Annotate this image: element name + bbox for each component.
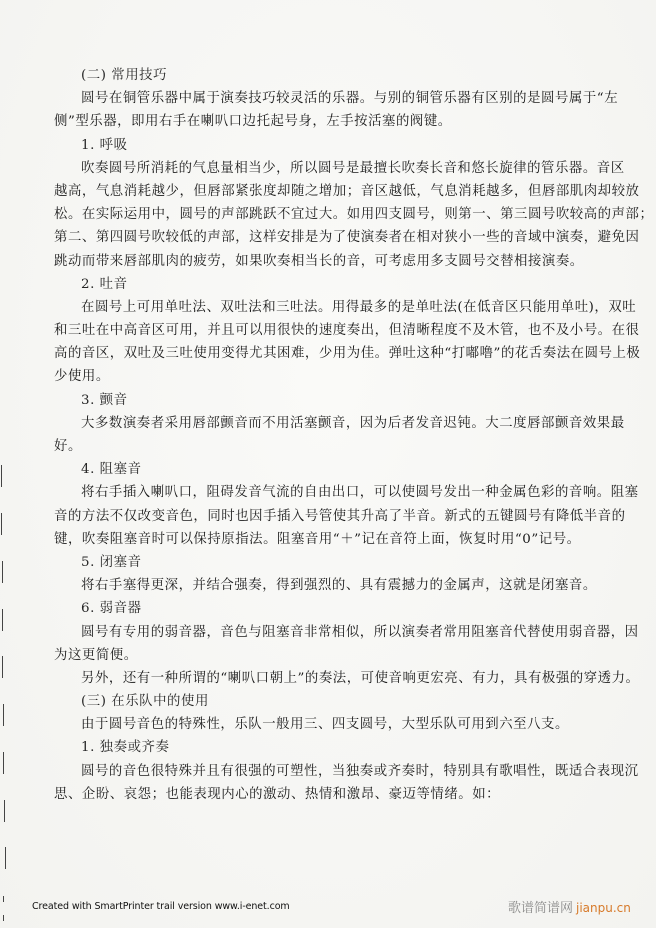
watermark-chinese: 歌谱简谱网 (508, 901, 573, 916)
section-heading: (三) 在乐队中的使用 (54, 690, 610, 713)
text-line: 高的音区，双吐及三吐使用变得尤其困难，少用为佳。弹吐这种“打嘟噜”的花舌奏法在圆… (54, 342, 610, 365)
text-line: 跳动而带来唇部肌肉的疲劳，如果吹奏相当长的音，可考虑用多支圆号交替相接演奏。 (54, 250, 610, 273)
text-line: 音的方法不仅改变音色，同时也因手插入号管使其升高了半音。新式的五键圆号有降低半音… (54, 505, 610, 528)
site-watermark: 歌谱简谱网jianpu.cn (508, 897, 631, 916)
text-line: 另外，还有一种所谓的“喇叭口朝上”的奏法，可使音响更宏亮、有力，具有极强的穿透力… (54, 667, 610, 690)
section-heading: 2. 吐音 (54, 273, 610, 296)
text-line: 吹奏圆号所消耗的气息量相当少，所以圆号是最擅长吹奏长音和悠长旋律的管乐器。音区 (54, 157, 610, 180)
text-line: 圆号在铜管乐器中属于演奏技巧较灵活的乐器。与别的铜管乐器有区别的是圆号属于“左 (54, 87, 610, 110)
text-line: 思、企盼、哀怨；也能表现内心的激动、热情和激昂、豪迈等情绪。如： (54, 783, 610, 806)
text-line: 和三吐在中高音区可用，并且可以用很快的速度奏出，但清晰程度不及木管，也不及小号。… (54, 319, 610, 342)
watermark-domain: jianpu.cn (576, 901, 631, 915)
text-line: 侧”型乐器，即用右手在喇叭口边托起号身，左手按活塞的阀键。 (54, 110, 610, 133)
text-line: 第二、第四圆号吹较低的声部，这样安排是为了使演奏者在相对狭小一些的音域中演奏，避… (54, 226, 610, 249)
text-line: 将右手插入喇叭口，阻碍发音气流的自由出口，可以使圆号发出一种金属色彩的音响。阻塞 (54, 481, 610, 504)
text-line: 好。 (54, 435, 610, 458)
text-line: 键，吹奏阻塞音时可以保持原指法。阻塞音用“＋”记在音符上面，恢复时用“0”记号。 (54, 528, 610, 551)
section-heading: 1. 呼吸 (54, 134, 610, 157)
section-heading: 1. 独奏或齐奏 (54, 736, 610, 759)
text-line: 由于圆号音色的特殊性，乐队一般用三、四支圆号，大型乐队可用到六至八支。 (54, 713, 610, 736)
text-line: 圆号的音色很特殊并且有很强的可塑性，当独奏或齐奏时，特别具有歌唱性，既适合表现沉 (54, 760, 610, 783)
text-line: 将右手塞得更深，并结合强奏，得到强烈的、具有震撼力的金属声，这就是闭塞音。 (54, 574, 610, 597)
text-line: 少使用。 (54, 365, 610, 388)
binding-margin-marks (0, 0, 10, 928)
section-heading: 6. 弱音器 (54, 597, 610, 620)
text-line: 松。在实际运用中，圆号的声部跳跃不宜过大。如用四支圆号，则第一、第三圆号吹较高的… (54, 203, 610, 226)
section-heading: 3. 颤音 (54, 389, 610, 412)
text-line: 为这更简便。 (54, 644, 610, 667)
section-heading: (二) 常用技巧 (54, 64, 610, 87)
section-heading: 5. 闭塞音 (54, 551, 610, 574)
printer-credit: Created with SmartPrinter trail version … (32, 901, 290, 912)
body-text: (二) 常用技巧圆号在铜管乐器中属于演奏技巧较灵活的乐器。与别的铜管乐器有区别的… (54, 64, 610, 806)
section-heading: 4. 阻塞音 (54, 458, 610, 481)
text-line: 大多数演奏者采用唇部颤音而不用活塞颤音，因为后者发音迟钝。大二度唇部颤音效果最 (54, 412, 610, 435)
text-line: 在圆号上可用单吐法、双吐法和三吐法。用得最多的是单吐法(在低音区只能用单吐)，双… (54, 296, 610, 319)
scanned-page: (二) 常用技巧圆号在铜管乐器中属于演奏技巧较灵活的乐器。与别的铜管乐器有区别的… (0, 0, 656, 928)
text-line: 圆号有专用的弱音器，音色与阻塞音非常相似，所以演奏者常用阻塞音代替使用弱音器，因 (54, 621, 610, 644)
text-line: 越高，气息消耗越少，但唇部紧张度却随之增加；音区越低，气息消耗越多，但唇部肌肉却… (54, 180, 610, 203)
